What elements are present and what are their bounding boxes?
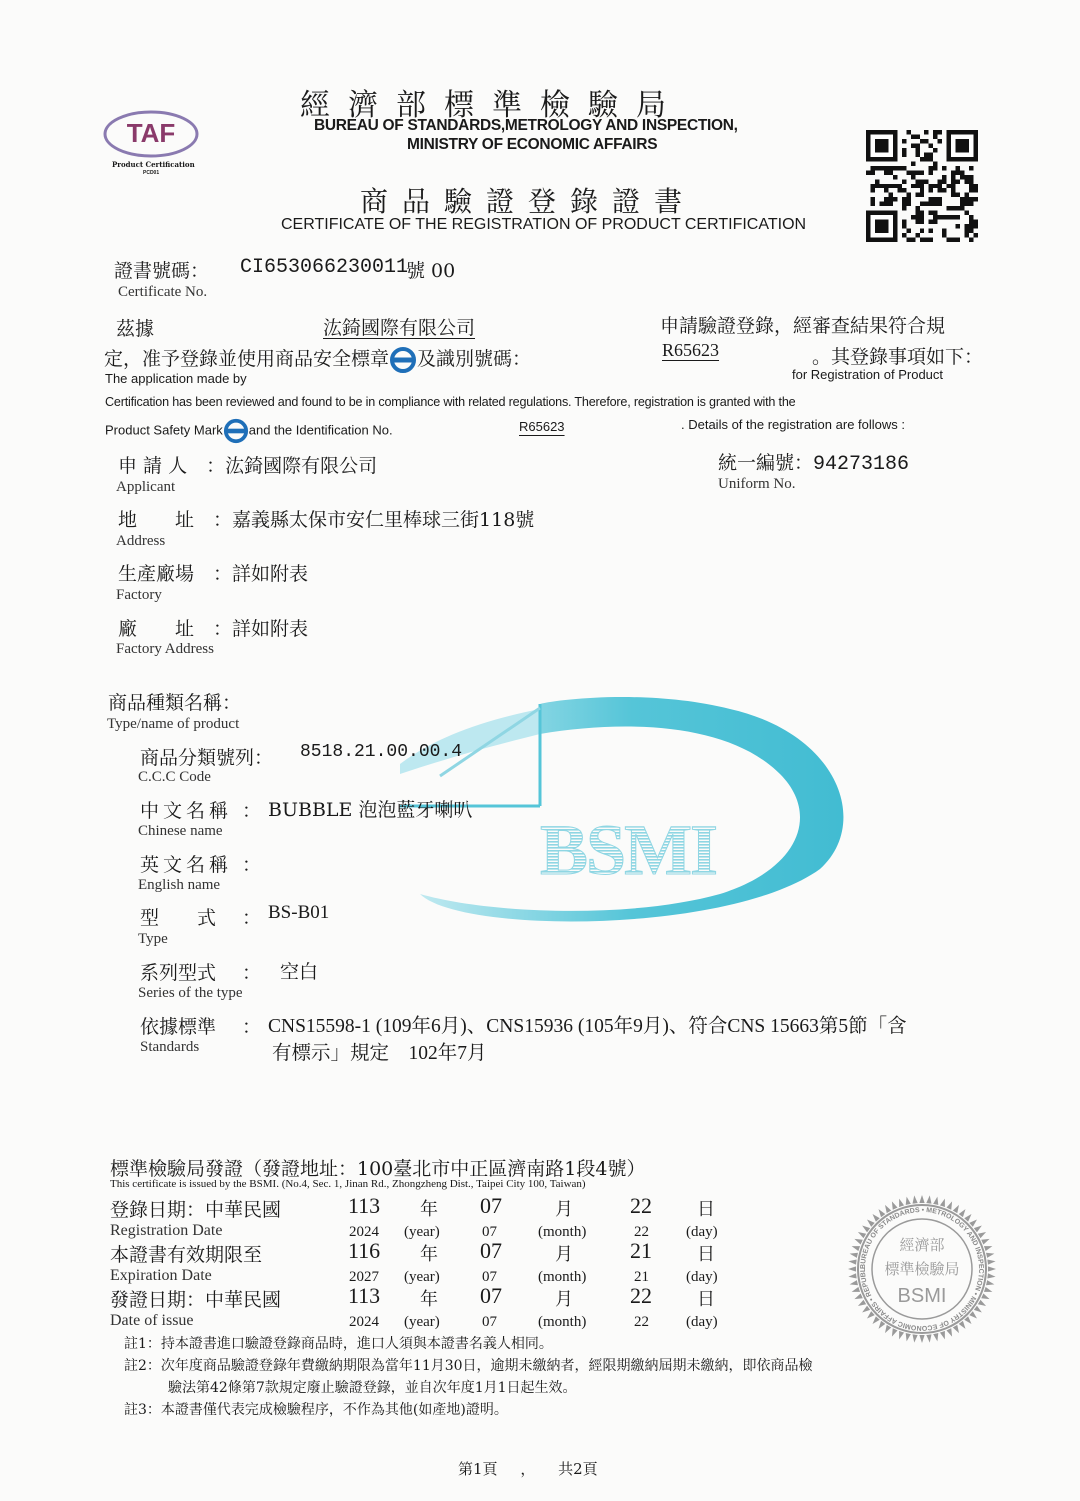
year-unit: 年	[420, 1240, 438, 1266]
qr-code-icon[interactable]	[866, 130, 978, 242]
name-zh-label-en: Chinese name	[138, 823, 223, 840]
standards-value-1: CNS15598-1 (109年6月)、CNS15936 (105年9月)、符合…	[268, 1010, 907, 1038]
month: 07	[480, 1238, 502, 1264]
day-unit: 日	[697, 1285, 715, 1311]
month-unit-en: (month)	[538, 1224, 586, 1241]
day-unit: 日	[697, 1195, 715, 1221]
day: 22	[630, 1283, 652, 1309]
svg-text:BSMI: BSMI	[898, 1285, 947, 1307]
roc-year: 113	[348, 1193, 380, 1219]
uniform-no-value: 94273186	[813, 453, 909, 476]
standards-colon: ：	[242, 1012, 261, 1039]
certificate-title-zh: 商品驗證登錄證書	[360, 180, 696, 220]
standards-label-en: Standards	[140, 1039, 199, 1056]
series-value: 空白	[280, 957, 318, 984]
statement-zh-line2-b: 及識別號碼：	[417, 348, 531, 370]
statement-prefix: 茲據	[116, 314, 154, 341]
roc-year: 116	[348, 1238, 380, 1264]
name-en-label: 英文名稱	[140, 850, 232, 877]
issuer-en: This certificate is issued by the BSMI. …	[110, 1178, 586, 1190]
date-label-en: Registration Date	[110, 1222, 222, 1240]
day: 22	[630, 1193, 652, 1219]
month-unit: 月	[555, 1285, 573, 1311]
series-label-en: Series of the type	[138, 985, 243, 1002]
statement-zh-line2: 定，准予登錄並使用商品安全標章及識別號碼：	[104, 344, 531, 374]
statement-en-3c: . Details of the registration are follow…	[681, 417, 905, 432]
statement-en-3a: Product Safety Mark	[105, 422, 223, 437]
type-value: BS-B01	[268, 902, 329, 924]
year-unit: 年	[420, 1195, 438, 1221]
applicant-label: 申 請 人 ：汯錡國際有限公司	[118, 451, 377, 478]
note-3: 註3：本證書僅代表完成檢驗程序，不作為其他(如產地)證明。	[124, 1399, 508, 1419]
agency-title-en-1: BUREAU OF STANDARDS,METROLOGY AND INSPEC…	[314, 117, 738, 135]
agency-title-en-2: MINISTRY OF ECONOMIC AFFAIRS	[407, 136, 657, 154]
uniform-no-label-en: Uniform No.	[718, 476, 796, 493]
page-indicator: 第1頁 ， 共2頁	[458, 1458, 598, 1479]
date-label-zh: 發證日期：中華民國	[110, 1285, 281, 1312]
page-current: 第1頁	[458, 1460, 498, 1478]
standards-label: 依據標準	[140, 1012, 216, 1039]
statement-zh-mid: 申請驗證登錄，經審查結果符合規	[660, 311, 945, 338]
uniform-no: 統一編號：94273186	[718, 448, 909, 476]
statement-en-1b: for Registration of Product	[792, 367, 943, 382]
issuer-zh: 標準檢驗局發證（發證地址：100臺北市中正區濟南路1段4號）	[110, 1154, 645, 1181]
address-row: 地 址 ：嘉義縣太保市安仁里棒球三街118號	[118, 505, 534, 532]
taf-code: PCD01	[143, 170, 159, 176]
statement-en-3b: and the Identification No.	[249, 422, 393, 437]
certificate-no-label: 證書號碼：	[114, 256, 209, 283]
date-label-zh: 本證書有效期限至	[110, 1240, 262, 1267]
factory-row: 生產廠場 ：詳如附表	[118, 559, 308, 586]
type-label-en: Type	[138, 931, 168, 948]
statement-company: 汯錡國際有限公司	[323, 313, 475, 340]
standards-value-2: 有標示」規定 102年7月	[272, 1037, 487, 1065]
bsmi-safety-mark-icon	[389, 346, 417, 374]
name-zh-label: 中文名稱	[140, 796, 232, 823]
type-label: 型 式	[140, 903, 216, 930]
certificate-no-label-en: Certificate No.	[118, 284, 207, 301]
note-1: 註1：持本證書進口驗證登錄商品時，進口人須與本證書名義人相同。	[124, 1333, 553, 1353]
factory-address-row: 廠 址 ：詳如附表	[118, 614, 308, 641]
month-en: 07	[482, 1314, 497, 1331]
svg-text:TAF: TAF	[127, 118, 176, 148]
statement-en-2: Certification has been reviewed and foun…	[105, 395, 795, 409]
name-zh-colon: ：	[242, 796, 261, 823]
year-unit-en: (year)	[404, 1314, 440, 1331]
month: 07	[480, 1193, 502, 1219]
statement-zh-line2-c: 。其登錄事項如下：	[812, 342, 983, 369]
taf-caption: Product Certification	[112, 160, 195, 169]
identification-no: R65623	[662, 340, 719, 361]
year-unit-en: (year)	[404, 1224, 440, 1241]
year: 2024	[349, 1314, 379, 1331]
date-label-en: Date of issue	[110, 1312, 194, 1330]
bsmi-seal-icon: BUREAU OF STANDARDS • METROLOGY AND INSP…	[842, 1192, 1002, 1347]
month-unit: 月	[555, 1195, 573, 1221]
month-unit: 月	[555, 1240, 573, 1266]
statement-en-3: Product Safety Markand the Identificatio…	[105, 418, 393, 444]
type-colon: ：	[242, 903, 261, 930]
page-total: 共2頁	[558, 1460, 598, 1478]
day-unit: 日	[697, 1240, 715, 1266]
svg-text:經濟部: 經濟部	[899, 1236, 944, 1254]
month-unit-en: (month)	[538, 1269, 586, 1286]
svg-text:BSMI: BSMI	[540, 810, 716, 890]
day-unit-en: (day)	[686, 1224, 718, 1241]
address-label-en: Address	[116, 533, 165, 550]
name-zh-value: BUBBLE 泡泡藍牙喇叭	[268, 795, 472, 822]
factory-address-label-en: Factory Address	[116, 641, 214, 658]
certificate-no-suffix: 號 00	[406, 256, 455, 283]
identification-no-en: R65623	[519, 419, 565, 434]
ccc-label: 商品分類號列：	[140, 743, 273, 770]
year-unit-en: (year)	[404, 1269, 440, 1286]
roc-year: 113	[348, 1283, 380, 1309]
note-2: 註2：次年度商品驗證登錄年費繳納期限為當年11月30日，逾期未繳納者，經限期繳納…	[124, 1355, 813, 1375]
product-heading: 商品種類名稱：	[108, 688, 241, 715]
name-en-label-en: English name	[138, 877, 220, 894]
statement-en-1a: The application made by	[105, 371, 247, 386]
series-label: 系列型式	[140, 958, 216, 985]
date-label-zh: 登錄日期：中華民國	[110, 1195, 281, 1222]
taf-logo-icon: TAF	[102, 108, 200, 160]
day: 21	[630, 1238, 652, 1264]
ccc-value: 8518.21.00.00.4	[300, 742, 462, 762]
taf-logo: TAF Product Certification PCD01	[102, 108, 200, 178]
applicant-value: 汯錡國際有限公司	[225, 455, 377, 477]
month-unit-en: (month)	[538, 1314, 586, 1331]
certificate-title-en: CERTIFICATE OF THE REGISTRATION OF PRODU…	[281, 216, 806, 234]
statement-zh-line2-a: 定，准予登錄並使用商品安全標章	[104, 348, 389, 370]
note-2-cont: 驗法第42條第7款規定廢止驗證登錄，並自次年度1月1日起生效。	[168, 1377, 577, 1397]
factory-address-value: 詳如附表	[232, 618, 308, 640]
bsmi-safety-mark-icon	[223, 418, 249, 444]
applicant-label-en: Applicant	[116, 479, 175, 496]
day-unit-en: (day)	[686, 1314, 718, 1331]
day-en: 22	[634, 1314, 649, 1331]
product-heading-en: Type/name of product	[107, 716, 239, 733]
year-unit: 年	[420, 1285, 438, 1311]
month: 07	[480, 1283, 502, 1309]
address-value: 嘉義縣太保市安仁里棒球三街118號	[232, 509, 534, 531]
certificate-no-value: CI653066230011	[240, 256, 408, 279]
factory-label-en: Factory	[116, 587, 162, 604]
name-en-colon: ：	[242, 850, 261, 877]
ccc-label-en: C.C.C Code	[138, 769, 211, 786]
day-unit-en: (day)	[686, 1269, 718, 1286]
svg-text:標準檢驗局: 標準檢驗局	[884, 1260, 959, 1278]
series-colon: ：	[242, 958, 261, 985]
factory-value: 詳如附表	[232, 563, 308, 585]
date-label-en: Expiration Date	[110, 1267, 212, 1285]
